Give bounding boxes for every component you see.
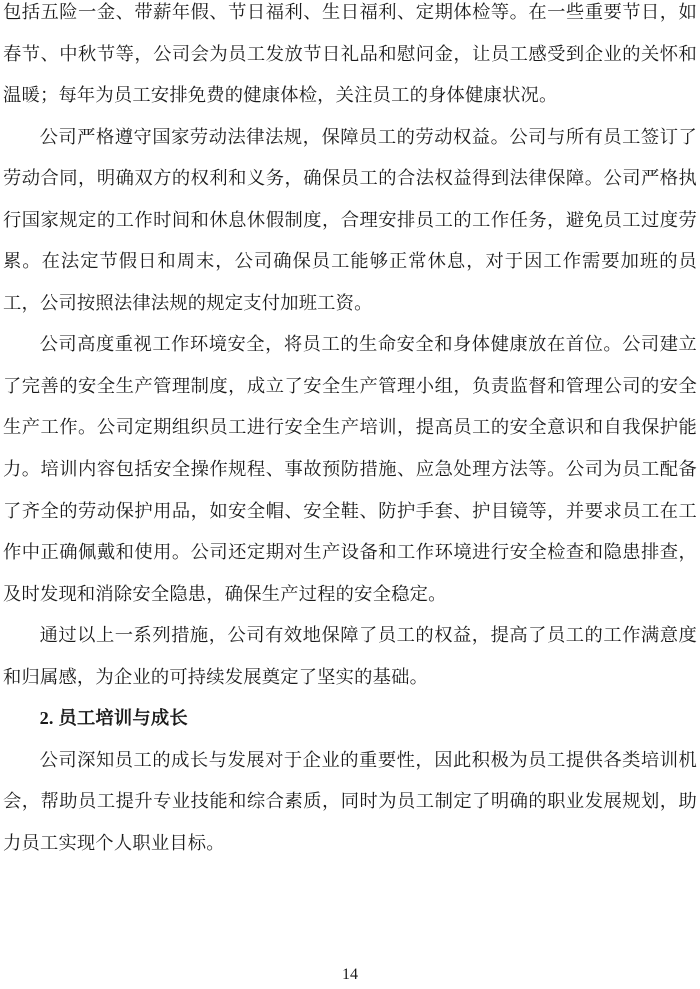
text-line: 通过以上一系列措施，公司有效地保障了员工的权益，提高了员工的工作满意度 <box>3 615 697 657</box>
text-line: 力。培训内容包括安全操作规程、事故预防措施、应急处理方法等。公司为员工配备 <box>3 449 697 491</box>
text-line: 公司深知员工的成长与发展对于企业的重要性，因此积极为员工提供各类培训机 <box>3 740 697 782</box>
text-line: 温暖；每年为员工安排免费的健康体检，关注员工的身体健康状况。 <box>3 75 697 117</box>
text-line: 劳动合同，明确双方的权利和义务，确保员工的合法权益得到法律保障。公司严格执 <box>3 158 697 200</box>
text-line: 及时发现和消除安全隐患，确保生产过程的安全稳定。 <box>3 574 697 616</box>
text-line: 了齐全的劳动保护用品，如安全帽、安全鞋、防护手套、护目镜等，并要求员工在工 <box>3 491 697 533</box>
paragraph-5: 公司深知员工的成长与发展对于企业的重要性，因此积极为员工提供各类培训机 会，帮助… <box>3 740 697 865</box>
page-number: 14 <box>342 966 358 983</box>
text-line: 了完善的安全生产管理制度，成立了安全生产管理小组，负责监督和管理公司的安全 <box>3 366 697 408</box>
paragraph-4: 通过以上一系列措施，公司有效地保障了员工的权益，提高了员工的工作满意度 和归属感… <box>3 615 697 698</box>
text-line: 工，公司按照法律法规的规定支付加班工资。 <box>3 283 697 325</box>
text-line: 行国家规定的工作时间和休息休假制度，合理安排员工的工作任务，避免员工过度劳 <box>3 200 697 242</box>
text-line: 公司高度重视工作环境安全，将员工的生命安全和身体健康放在首位。公司建立 <box>3 324 697 366</box>
text-line: 力员工实现个人职业目标。 <box>3 823 697 865</box>
paragraph-3: 公司高度重视工作环境安全，将员工的生命安全和身体健康放在首位。公司建立 了完善的… <box>3 324 697 615</box>
text-line: 作中正确佩戴和使用。公司还定期对生产设备和工作环境进行安全检查和隐患排查， <box>3 532 697 574</box>
page-body-text: 包括五险一金、带薪年假、节日福利、生日福利、定期体检等。在一些重要节日，如 春节… <box>3 0 697 864</box>
page-footer: 14 <box>0 966 700 984</box>
text-line: 会，帮助员工提升专业技能和综合素质，同时为员工制定了明确的职业发展规划，助 <box>3 781 697 823</box>
text-line: 春节、中秋节等，公司会为员工发放节日礼品和慰问金，让员工感受到企业的关怀和 <box>3 34 697 76</box>
text-line: 生产工作。公司定期组织员工进行安全生产培训，提高员工的安全意识和自我保护能 <box>3 407 697 449</box>
paragraph-2: 公司严格遵守国家劳动法律法规，保障员工的劳动权益。公司与所有员工签订了 劳动合同… <box>3 117 697 325</box>
document-page: 包括五险一金、带薪年假、节日福利、生日福利、定期体检等。在一些重要节日，如 春节… <box>0 0 700 989</box>
text-line: 累。在法定节假日和周末，公司确保员工能够正常休息，对于因工作需要加班的员 <box>3 241 697 283</box>
paragraph-1: 包括五险一金、带薪年假、节日福利、生日福利、定期体检等。在一些重要节日，如 春节… <box>3 0 697 117</box>
text-line: 包括五险一金、带薪年假、节日福利、生日福利、定期体检等。在一些重要节日，如 <box>3 0 697 34</box>
text-line: 公司严格遵守国家劳动法律法规，保障员工的劳动权益。公司与所有员工签订了 <box>3 117 697 159</box>
text-line: 和归属感，为企业的可持续发展奠定了坚实的基础。 <box>3 657 697 699</box>
section-heading: 2. 员工培训与成长 <box>3 698 697 740</box>
